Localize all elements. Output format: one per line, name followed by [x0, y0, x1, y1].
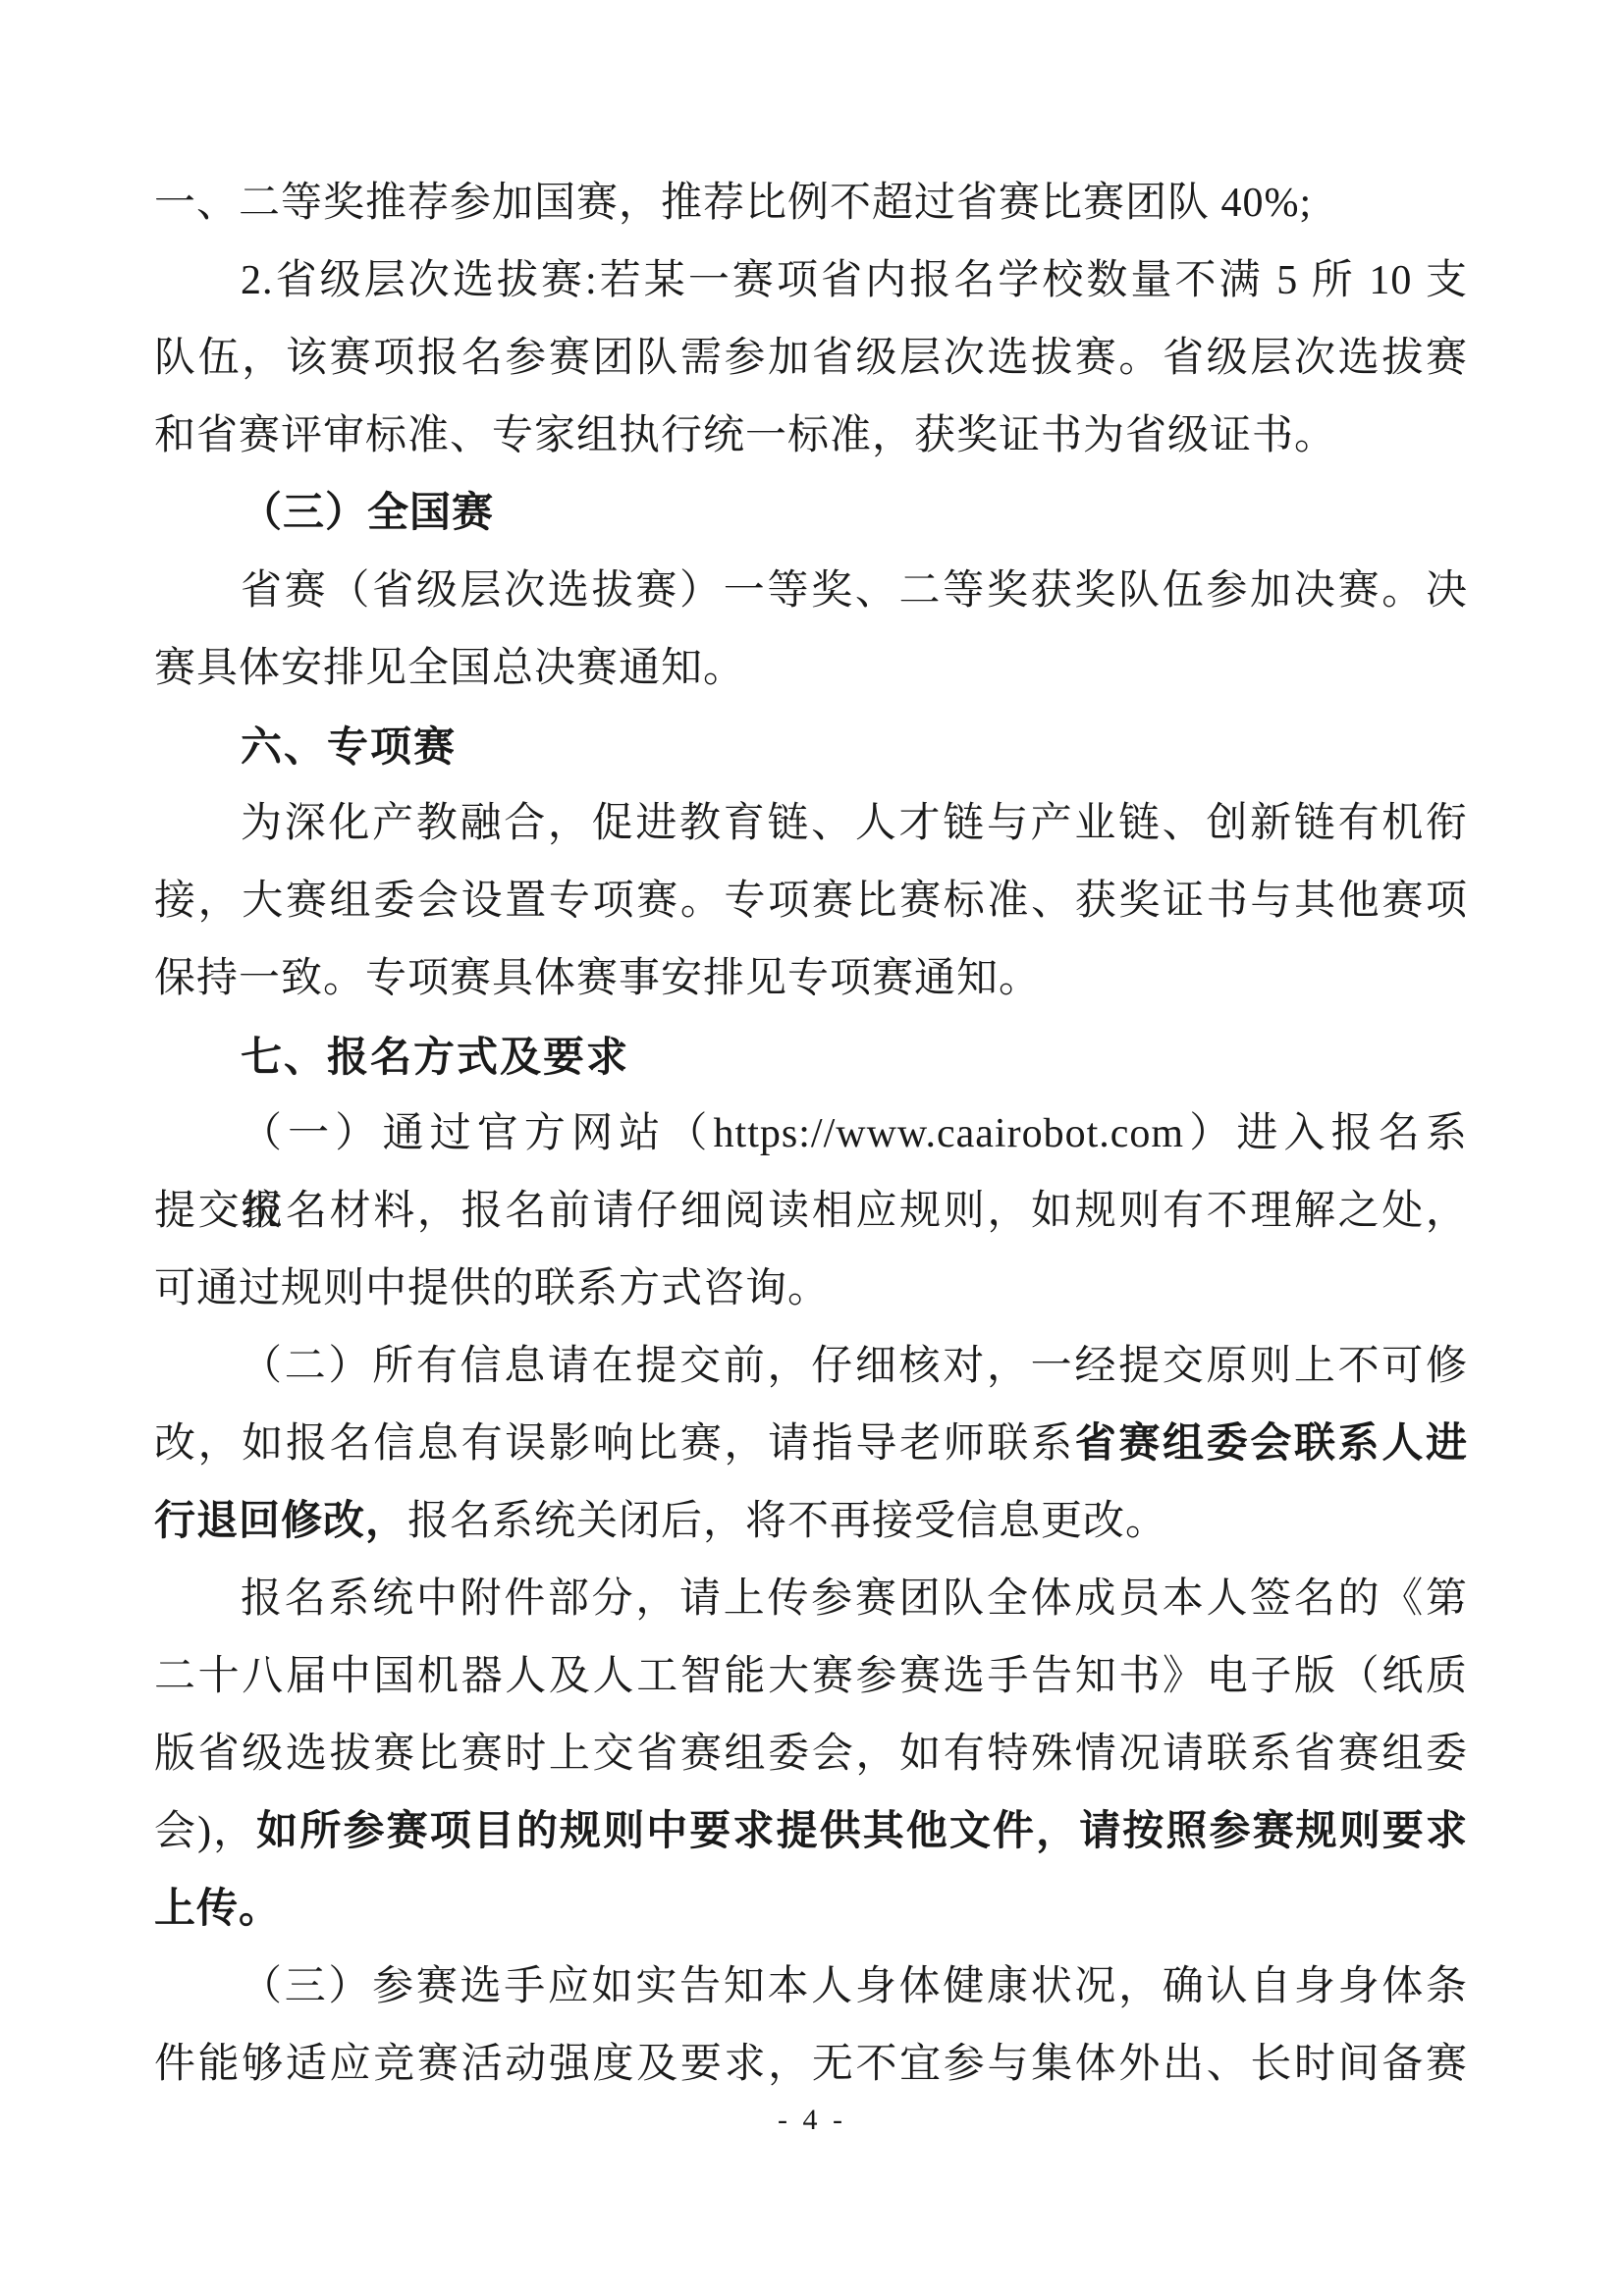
document-page: 一、二等奖推荐参加国赛，推荐比例不超过省赛比赛团队 40%; 2.省级层次选拔赛…: [0, 0, 1624, 2296]
official-website-url: https://www.caairobot.com: [714, 1111, 1185, 1156]
body-line: 保持一致。专项赛具体赛事安排见专项赛通知。: [154, 940, 1468, 1018]
body-text: 可通过规则中提供的联系方式咨询。: [154, 1266, 830, 1311]
body-text: 赛具体安排见全国总决赛通知。: [154, 646, 745, 691]
body-text: 版省级选拔赛比赛时上交省赛组委会，如有特殊情况请联系省赛组委: [154, 1732, 1468, 1777]
body-line: 改，如报名信息有误影响比赛，请指导老师联系省赛组委会联系人进: [154, 1406, 1468, 1483]
page-number-text: - 4 -: [778, 2104, 846, 2136]
body-line: （三）参赛选手应如实告知本人身体健康状况，确认自身身体条: [154, 1949, 1468, 2026]
body-text: 报名系统中附件部分，请上传参赛团队全体成员本人签名的《第: [241, 1576, 1468, 1622]
body-text: （三）参赛选手应如实告知本人身体健康状况，确认自身身体条: [241, 1964, 1468, 2009]
body-text: 一、二等奖推荐参加国赛，推荐比例不超过省赛比赛团队 40%;: [154, 181, 1312, 226]
body-line: 版省级选拔赛比赛时上交省赛组委会，如有特殊情况请联系省赛组委: [154, 1716, 1468, 1793]
body-text: （一）通过官方网站（: [241, 1111, 714, 1156]
heading-text: 七、报名方式及要求: [241, 1034, 629, 1080]
emphasis-text: 上传。: [154, 1887, 281, 1932]
emphasis-text: 省赛组委会联系人进: [1075, 1421, 1468, 1467]
heading-special-competition: 六、专项赛: [154, 708, 1468, 785]
body-line: 赛具体安排见全国总决赛通知。: [154, 630, 1468, 708]
body-text: 为深化产教融合，促进教育链、人才链与产业链、创新链有机衔: [241, 801, 1468, 846]
body-line: 上传。: [154, 1871, 1468, 1949]
subheading-national-final: （三）全国赛: [154, 475, 1468, 553]
body-line: 二十八届中国机器人及人工智能大赛参赛选手告知书》电子版（纸质: [154, 1638, 1468, 1716]
body-text: 接，大赛组委会设置专项赛。专项赛比赛标准、获奖证书与其他赛项: [154, 879, 1468, 924]
body-text: 改，如报名信息有误影响比赛，请指导老师联系: [154, 1421, 1075, 1467]
body-line: 可通过规则中提供的联系方式咨询。: [154, 1251, 1468, 1328]
body-line: 报名系统中附件部分，请上传参赛团队全体成员本人签名的《第: [154, 1561, 1468, 1638]
body-text: 省赛（省级层次选拔赛）一等奖、二等奖获奖队伍参加决赛。决: [241, 568, 1468, 614]
body-text: 和省赛评审标准、专家组执行统一标准，获奖证书为省级证书。: [154, 413, 1336, 458]
body-line: 为深化产教融合，促进教育链、人才链与产业链、创新链有机衔: [154, 785, 1468, 863]
body-line: 省赛（省级层次选拔赛）一等奖、二等奖获奖队伍参加决赛。决: [154, 553, 1468, 630]
body-line: 一、二等奖推荐参加国赛，推荐比例不超过省赛比赛团队 40%;: [154, 165, 1468, 242]
body-line: （二）所有信息请在提交前，仔细核对，一经提交原则上不可修: [154, 1328, 1468, 1406]
body-line: 和省赛评审标准、专家组执行统一标准，获奖证书为省级证书。: [154, 398, 1468, 475]
body-text: 报名系统关闭后，将不再接受信息更改。: [407, 1499, 1167, 1544]
heading-text: 六、专项赛: [241, 723, 457, 770]
body-text: 队伍，该赛项报名参赛团队需参加省级层次选拔赛。省级层次选拔赛: [154, 336, 1468, 381]
body-text: 件能够适应竞赛活动强度及要求，无不宜参与集体外出、长时间备赛: [154, 2042, 1468, 2087]
body-text: 二十八届中国机器人及人工智能大赛参赛选手告知书》电子版（纸质: [154, 1654, 1468, 1699]
body-line: 队伍，该赛项报名参赛团队需参加省级层次选拔赛。省级层次选拔赛: [154, 320, 1468, 398]
body-line: 提交报名材料，报名前请仔细阅读相应规则，如规则有不理解之处，: [154, 1173, 1468, 1251]
body-line: 接，大赛组委会设置专项赛。专项赛比赛标准、获奖证书与其他赛项: [154, 863, 1468, 940]
body-line: （一）通过官方网站（https://www.caairobot.com）进入报名…: [154, 1095, 1468, 1173]
body-text: 提交报名材料，报名前请仔细阅读相应规则，如规则有不理解之处，: [154, 1189, 1468, 1234]
body-line: 行退回修改，报名系统关闭后，将不再接受信息更改。: [154, 1483, 1468, 1561]
body-text: 2.省级层次选拔赛:若某一赛项省内报名学校数量不满 5 所 10 支: [241, 258, 1468, 303]
subheading-text: （三）全国赛: [241, 491, 494, 536]
page-number: - 4 -: [0, 2093, 1624, 2148]
document-body: 一、二等奖推荐参加国赛，推荐比例不超过省赛比赛团队 40%; 2.省级层次选拔赛…: [154, 165, 1468, 2104]
body-line: 会)，如所参赛项目的规则中要求提供其他文件，请按照参赛规则要求: [154, 1793, 1468, 1871]
body-text: （二）所有信息请在提交前，仔细核对，一经提交原则上不可修: [241, 1344, 1468, 1389]
body-line: 2.省级层次选拔赛:若某一赛项省内报名学校数量不满 5 所 10 支: [154, 242, 1468, 320]
emphasis-text: 如所参赛项目的规则中要求提供其他文件，请按照参赛规则要求: [256, 1809, 1468, 1854]
body-text: 保持一致。专项赛具体赛事安排见专项赛通知。: [154, 956, 1041, 1001]
emphasis-text: 行退回修改，: [154, 1499, 407, 1544]
body-text: 会)，: [154, 1809, 256, 1854]
heading-registration-method: 七、报名方式及要求: [154, 1018, 1468, 1095]
